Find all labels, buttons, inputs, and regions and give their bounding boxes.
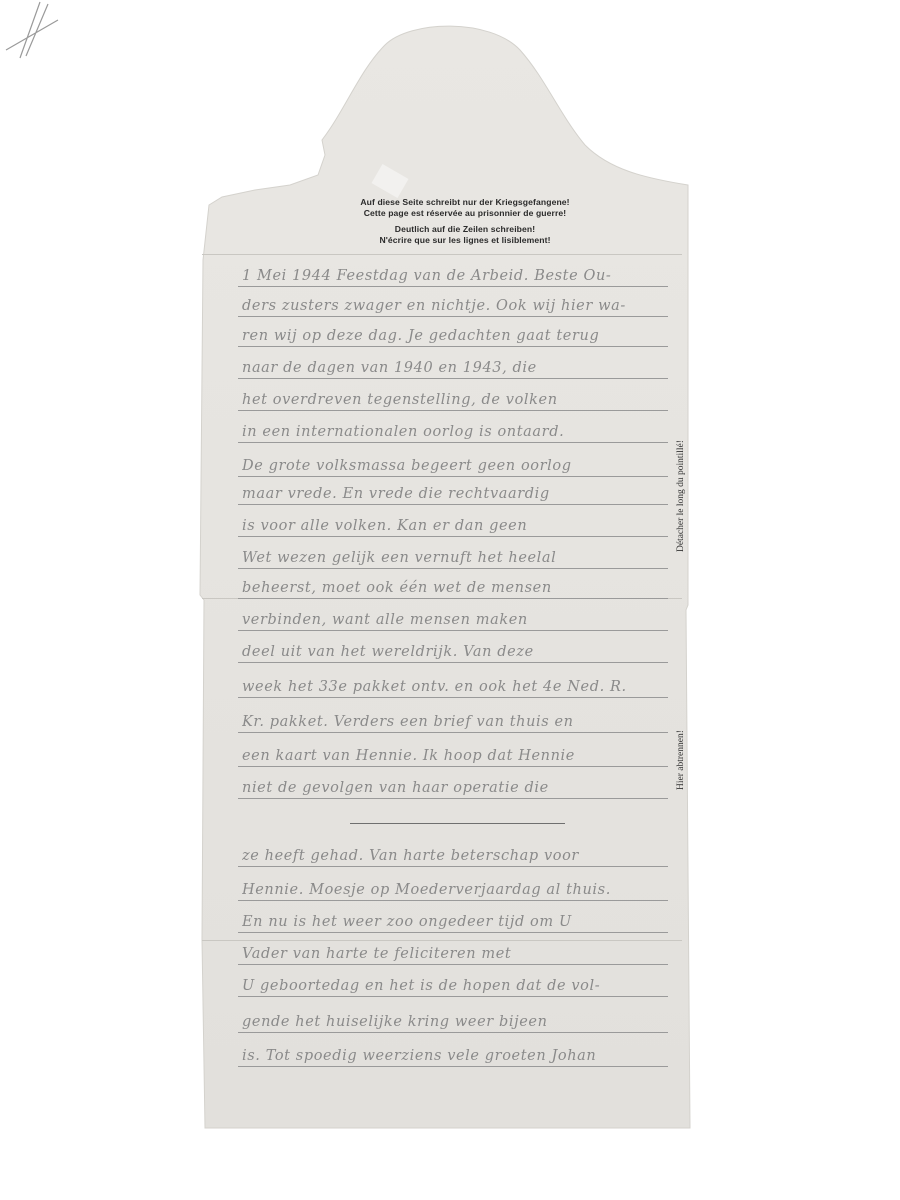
handwritten-line: 1 Mei 1944 Feestdag van de Arbeid. Beste… <box>242 268 672 285</box>
fold-line <box>202 254 682 255</box>
handwritten-line: een kaart van Hennie. Ik hoop dat Hennie <box>242 748 672 765</box>
handwritten-line: week het 33e pakket ontv. en ook het 4e … <box>242 679 672 696</box>
printed-header: Auf diese Seite schreibt nur der Kriegsg… <box>250 197 680 246</box>
handwritten-line: De grote volksmassa begeert geen oorlog <box>242 458 672 475</box>
handwritten-line: En nu is het weer zoo ongedeer tijd om U <box>242 914 672 931</box>
handwritten-line: ren wij op deze dag. Je gedachten gaat t… <box>242 328 672 345</box>
handwritten-line: deel uit van het wereldrijk. Van deze <box>242 644 672 661</box>
handwritten-line: verbinden, want alle mensen maken <box>242 612 672 629</box>
handwritten-line: maar vrede. En vrede die rechtvaardig <box>242 486 672 503</box>
header-line-fr-1: Cette page est réservée au prisonnier de… <box>250 208 680 219</box>
handwritten-line: in een internationalen oorlog is ontaard… <box>242 424 672 441</box>
handwritten-line: is voor alle volken. Kan er dan geen <box>242 518 672 535</box>
side-label-detach-fr: Détacher le long du pointillé! <box>676 440 686 552</box>
handwritten-line: Vader van harte te feliciteren met <box>242 946 672 963</box>
header-line-de-2: Deutlich auf die Zeilen schreiben! <box>250 224 680 235</box>
header-line-de-1: Auf diese Seite schreibt nur der Kriegsg… <box>250 197 680 208</box>
handwritten-line: Kr. pakket. Verders een brief van thuis … <box>242 714 672 731</box>
handwritten-line: niet de gevolgen van haar operatie die <box>242 780 672 797</box>
header-line-fr-2: N'écrire que sur les lignes et lisibleme… <box>250 235 680 246</box>
handwritten-line: naar de dagen van 1940 en 1943, die <box>242 360 672 377</box>
side-label-detach-de: Hier abtrennen! <box>676 730 686 790</box>
handwritten-line: beheerst, moet ook één wet de mensen <box>242 580 672 597</box>
fold-line <box>202 940 682 941</box>
section-divider <box>350 823 565 824</box>
handwritten-line: ders zusters zwager en nichtje. Ook wij … <box>242 298 672 315</box>
handwritten-line: het overdreven tegenstelling, de volken <box>242 392 672 409</box>
signature-flourish <box>0 0 60 60</box>
handwritten-line: Hennie. Moesje op Moederverjaardag al th… <box>242 882 672 899</box>
lettersheet: Auf diese Seite schreibt nur der Kriegsg… <box>0 0 900 1200</box>
handwritten-line: U geboortedag en het is de hopen dat de … <box>242 978 672 995</box>
handwritten-line: Wet wezen gelijk een vernuft het heelal <box>242 550 672 567</box>
handwritten-line: ze heeft gehad. Van harte beterschap voo… <box>242 848 672 865</box>
handwritten-line: is. Tot spoedig weerziens vele groeten J… <box>242 1048 672 1065</box>
handwritten-line: gende het huiselijke kring weer bijeen <box>242 1014 672 1031</box>
